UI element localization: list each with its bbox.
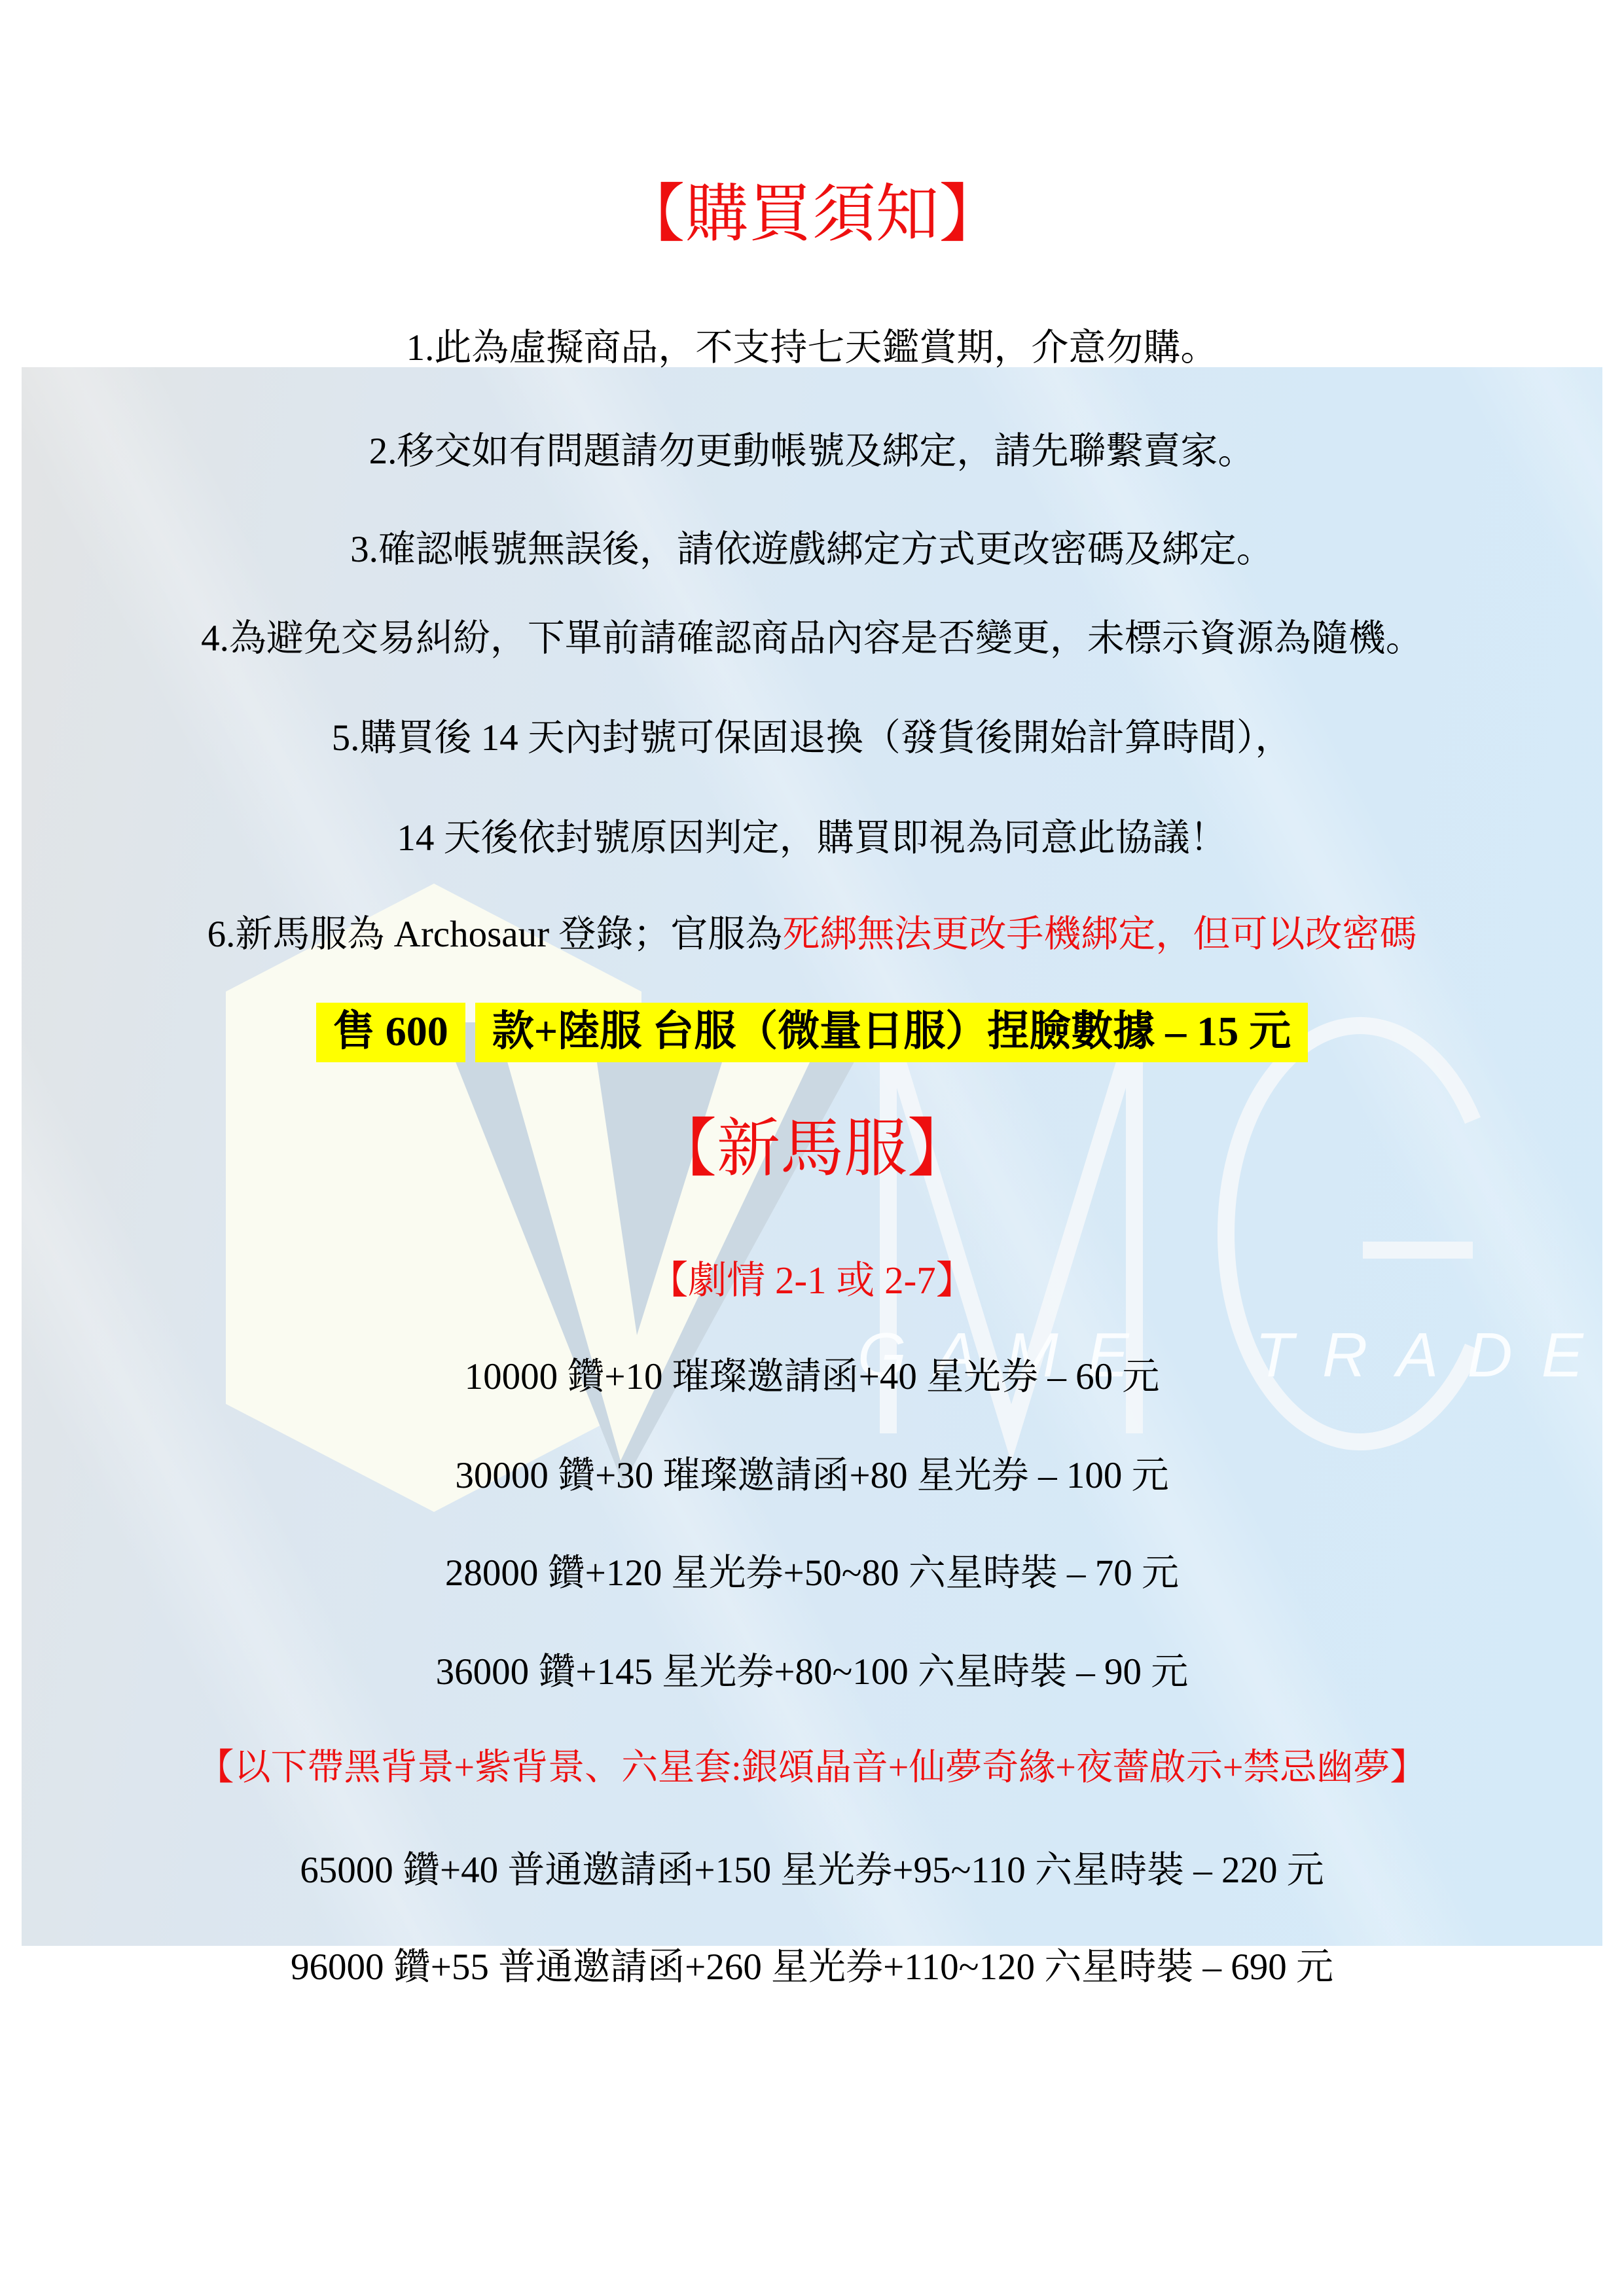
notice-item-1: 1.此為虛擬商品，不支持七天鑑賞期，介意勿購。 bbox=[0, 326, 1624, 370]
notice-6-red-text: 死綁無法更改手機綁定，但可以改密碼 bbox=[782, 914, 1416, 955]
notice-item-2: 2.移交如有問題請勿更動帳號及綁定，請先聯繫賣家。 bbox=[0, 429, 1624, 474]
notice-6-black-text: 6.新馬服為 Archosaur 登錄；官服為 bbox=[208, 914, 783, 955]
price-item-6: 96000 鑽+55 普通邀請函+260 星光券+110~120 六星時裝 – … bbox=[0, 1945, 1624, 1990]
server-section-title: 【新馬服】 bbox=[0, 1113, 1624, 1186]
document-page: GAME TRADE 【購買須知】 1.此為虛擬商品，不支持七天鑑賞期，介意勿購… bbox=[0, 0, 1624, 2296]
notice-item-6: 6.新馬服為 Archosaur 登錄；官服為死綁無法更改手機綁定，但可以改密碼 bbox=[0, 912, 1624, 957]
sale-highlight-desc: 款+陸服 台服（微量日服）捏臉數據 – 15 元 bbox=[475, 1003, 1308, 1062]
notice-item-3: 3.確認帳號無誤後，請依遊戲綁定方式更改密碼及綁定。 bbox=[0, 528, 1624, 572]
special-sets-note: 【以下帶黑背景+紫背景、六星套:銀頌晶音+仙夢奇緣+夜薔啟示+禁忌幽夢】 bbox=[0, 1746, 1624, 1790]
notice-item-5: 5.購買後 14 天內封號可保固退換（發貨後開始計算時間）， bbox=[0, 716, 1624, 761]
sale-highlight-price: 售 600 bbox=[316, 1003, 465, 1062]
buy-notice-title: 【購買須知】 bbox=[0, 178, 1624, 251]
price-item-1: 10000 鑽+10 璀璨邀請函+40 星光券 – 60 元 bbox=[0, 1355, 1624, 1399]
price-item-2: 30000 鑽+30 璀璨邀請函+80 星光券 – 100 元 bbox=[0, 1454, 1624, 1498]
price-item-5: 65000 鑽+40 普通邀請函+150 星光券+95~110 六星時裝 – 2… bbox=[0, 1848, 1624, 1893]
price-item-4: 36000 鑽+145 星光券+80~100 六星時裝 – 90 元 bbox=[0, 1650, 1624, 1695]
notice-item-5-continued: 14 天後依封號原因判定，購買即視為同意此協議！ bbox=[0, 816, 1624, 861]
sale-highlight-row: 售 600 款+陸服 台服（微量日服）捏臉數據 – 15 元 bbox=[0, 1003, 1624, 1062]
notice-item-4: 4.為避免交易糾紛，下單前請確認商品內容是否變更，未標示資源為隨機。 bbox=[0, 617, 1624, 661]
story-version-subtitle: 【劇情 2-1 或 2-7】 bbox=[0, 1257, 1624, 1304]
price-item-3: 28000 鑽+120 星光券+50~80 六星時裝 – 70 元 bbox=[0, 1551, 1624, 1596]
